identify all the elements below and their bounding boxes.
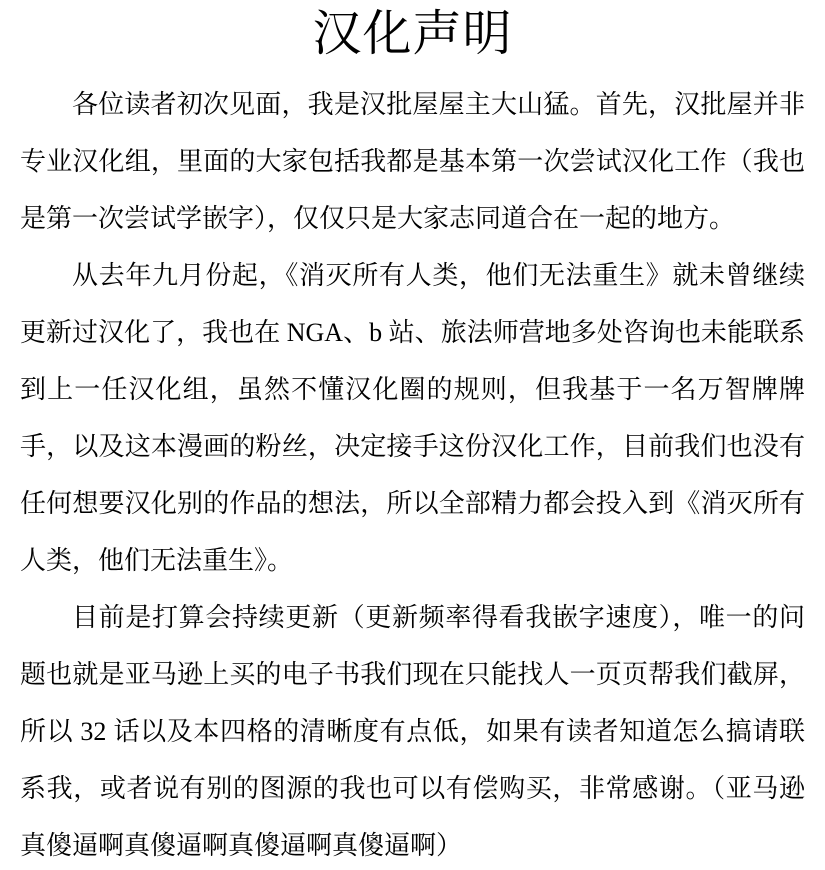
document-title: 汉化声明 <box>20 2 805 66</box>
paragraph-update-plan: 目前是打算会持续更新（更新频率得看我嵌字速度），唯一的问题也就是亚马逊上买的电子… <box>20 589 805 870</box>
paragraph-introduction: 各位读者初次见面，我是汉批屋屋主大山猛。首先，汉批屋并非专业汉化组，里面的大家包… <box>20 76 805 247</box>
document-page: 汉化声明 各位读者初次见面，我是汉批屋屋主大山猛。首先，汉批屋并非专业汉化组，里… <box>0 2 825 870</box>
paragraph-takeover-explanation: 从去年九月份起，《消灭所有人类，他们无法重生》就未曾继续更新过汉化了，我也在 N… <box>20 247 805 589</box>
